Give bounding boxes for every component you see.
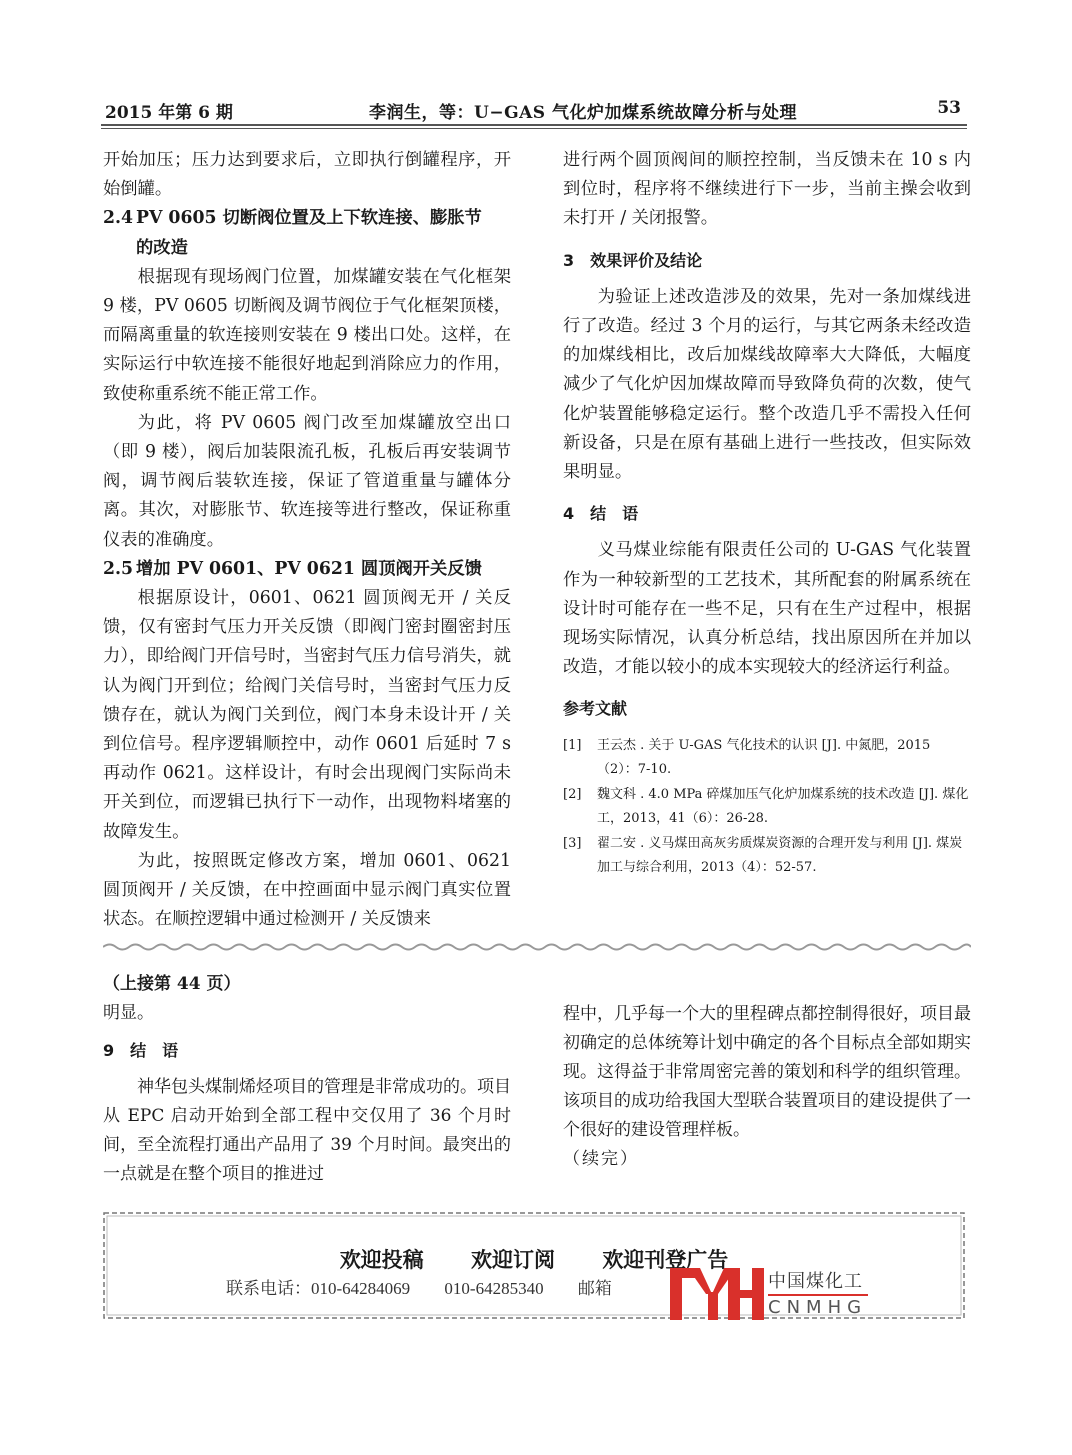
section-heading-2-5: 2.5增加 PV 0601、PV 0621 圆顶阀开关反馈 — [103, 555, 511, 584]
section-heading-4: 4 结 语 — [563, 499, 971, 528]
right-column: 进行两个圆顶阀间的顺控控制，当反馈未在 10 s 内到位时，程序将不继续进行下一… — [563, 146, 971, 881]
paragraph: 义马煤业综能有限责任公司的 U-GAS 气化装置作为一种较新型的工艺技术，其所配… — [563, 536, 971, 682]
continuation-left: （上接第 44 页） 明显。 9 结 语 神华包头煤制烯烃项目的管理是非常成功的… — [103, 970, 511, 1189]
section-title: 增加 PV 0601、PV 0621 圆顶阀开关反馈 — [136, 559, 482, 579]
header-rule — [101, 124, 967, 129]
references-heading: 参考文献 — [563, 694, 971, 723]
page-number: 53 — [937, 98, 961, 118]
email-label: 邮箱 — [578, 1279, 612, 1298]
reference-list: [1] 王云杰 . 关于 U-GAS 气化技术的认识 [J]. 中氮肥，2015… — [563, 734, 971, 881]
wavy-divider — [103, 942, 971, 952]
logo-name-cn: 中国煤化工 — [768, 1267, 863, 1293]
paragraph: 根据原设计，0601、0621 圆顶阀无开 / 关反馈，仅有密封气压力开关反馈（… — [103, 584, 511, 847]
slogan-subscribe: 欢迎订阅 — [471, 1248, 555, 1272]
cnmhg-logo: 中国煤化工 CNMHG — [670, 1268, 890, 1322]
running-header: 2015 年第 6 期 李润生，等：U−GAS 气化炉加煤系统故障分析与处理 5… — [103, 98, 965, 122]
paragraph: 进行两个圆顶阀间的顺控控制，当反馈未在 10 s 内到位时，程序将不继续进行下一… — [563, 146, 971, 234]
section-title-cont: 的改造 — [103, 234, 511, 263]
section-number: 2.4 — [103, 204, 136, 233]
phone-1: 联系电话：010-64284069 — [226, 1279, 410, 1298]
paragraph: 为此，将 PV 0605 阀门改至加煤罐放空出口（即 9 楼），阀后加装限流孔板… — [103, 409, 511, 555]
paragraph: 为验证上述改造涉及的效果，先对一条加煤线进行了改造。经过 3 个月的运行，与其它… — [563, 283, 971, 487]
paragraph: 为此，按照既定修改方案，增加 0601、0621 圆顶阀开 / 关反馈，在中控画… — [103, 847, 511, 935]
end-mark: （续完） — [563, 1145, 971, 1174]
left-column: 开始加压；压力达到要求后，立即执行倒罐程序，开始倒罐。 2.4PV 0605 切… — [103, 146, 511, 934]
continuation-right: 程中，几乎每一个大的里程碑点都控制得很好，项目最初确定的总体统筹计划中确定的各个… — [563, 1000, 971, 1174]
section-heading-9: 9 结 语 — [103, 1036, 511, 1065]
logo-name-en: CNMHG — [768, 1297, 867, 1318]
mh-logo-icon — [670, 1264, 765, 1320]
reference-item: [3] 翟二安 . 义马煤田高灰劣质煤炭资源的合理开发与利用 [J]. 煤炭加工… — [563, 832, 971, 881]
section-heading-2-4: 2.4PV 0605 切断阀位置及上下软连接、膨胀节 — [103, 204, 511, 233]
paragraph: 明显。 — [103, 999, 511, 1028]
section-title: PV 0605 切断阀位置及上下软连接、膨胀节 — [136, 208, 482, 228]
reference-item: [2] 魏文科 . 4.0 MPa 碎煤加压气化炉加煤系统的技术改造 [J]. … — [563, 783, 971, 832]
paragraph: 根据现有现场阀门位置，加煤罐安装在气化框架 9 楼，PV 0605 切断阀及调节… — [103, 263, 511, 409]
continued-from-note: （上接第 44 页） — [103, 970, 511, 999]
paragraph: 开始加压；压力达到要求后，立即执行倒罐程序，开始倒罐。 — [103, 146, 511, 204]
article-title: 李润生，等：U−GAS 气化炉加煤系统故障分析与处理 — [363, 98, 803, 123]
issue-label: 2015 年第 6 期 — [105, 98, 233, 123]
logo-rule — [768, 1294, 868, 1296]
paragraph: 神华包头煤制烯烃项目的管理是非常成功的。项目从 EPC 启动开始到全部工程中交仅… — [103, 1073, 511, 1189]
reference-item: [1] 王云杰 . 关于 U-GAS 气化技术的认识 [J]. 中氮肥，2015… — [563, 734, 971, 783]
paragraph: 程中，几乎每一个大的里程碑点都控制得很好，项目最初确定的总体统筹计划中确定的各个… — [563, 1000, 971, 1145]
section-number: 2.5 — [103, 555, 136, 584]
section-heading-3: 3 效果评价及结论 — [563, 246, 971, 275]
contact-info: 联系电话：010-64284069 010-64285340 邮箱 — [226, 1274, 642, 1299]
phone-2: 010-64285340 — [444, 1279, 543, 1298]
slogan-submit: 欢迎投稿 — [340, 1248, 424, 1272]
